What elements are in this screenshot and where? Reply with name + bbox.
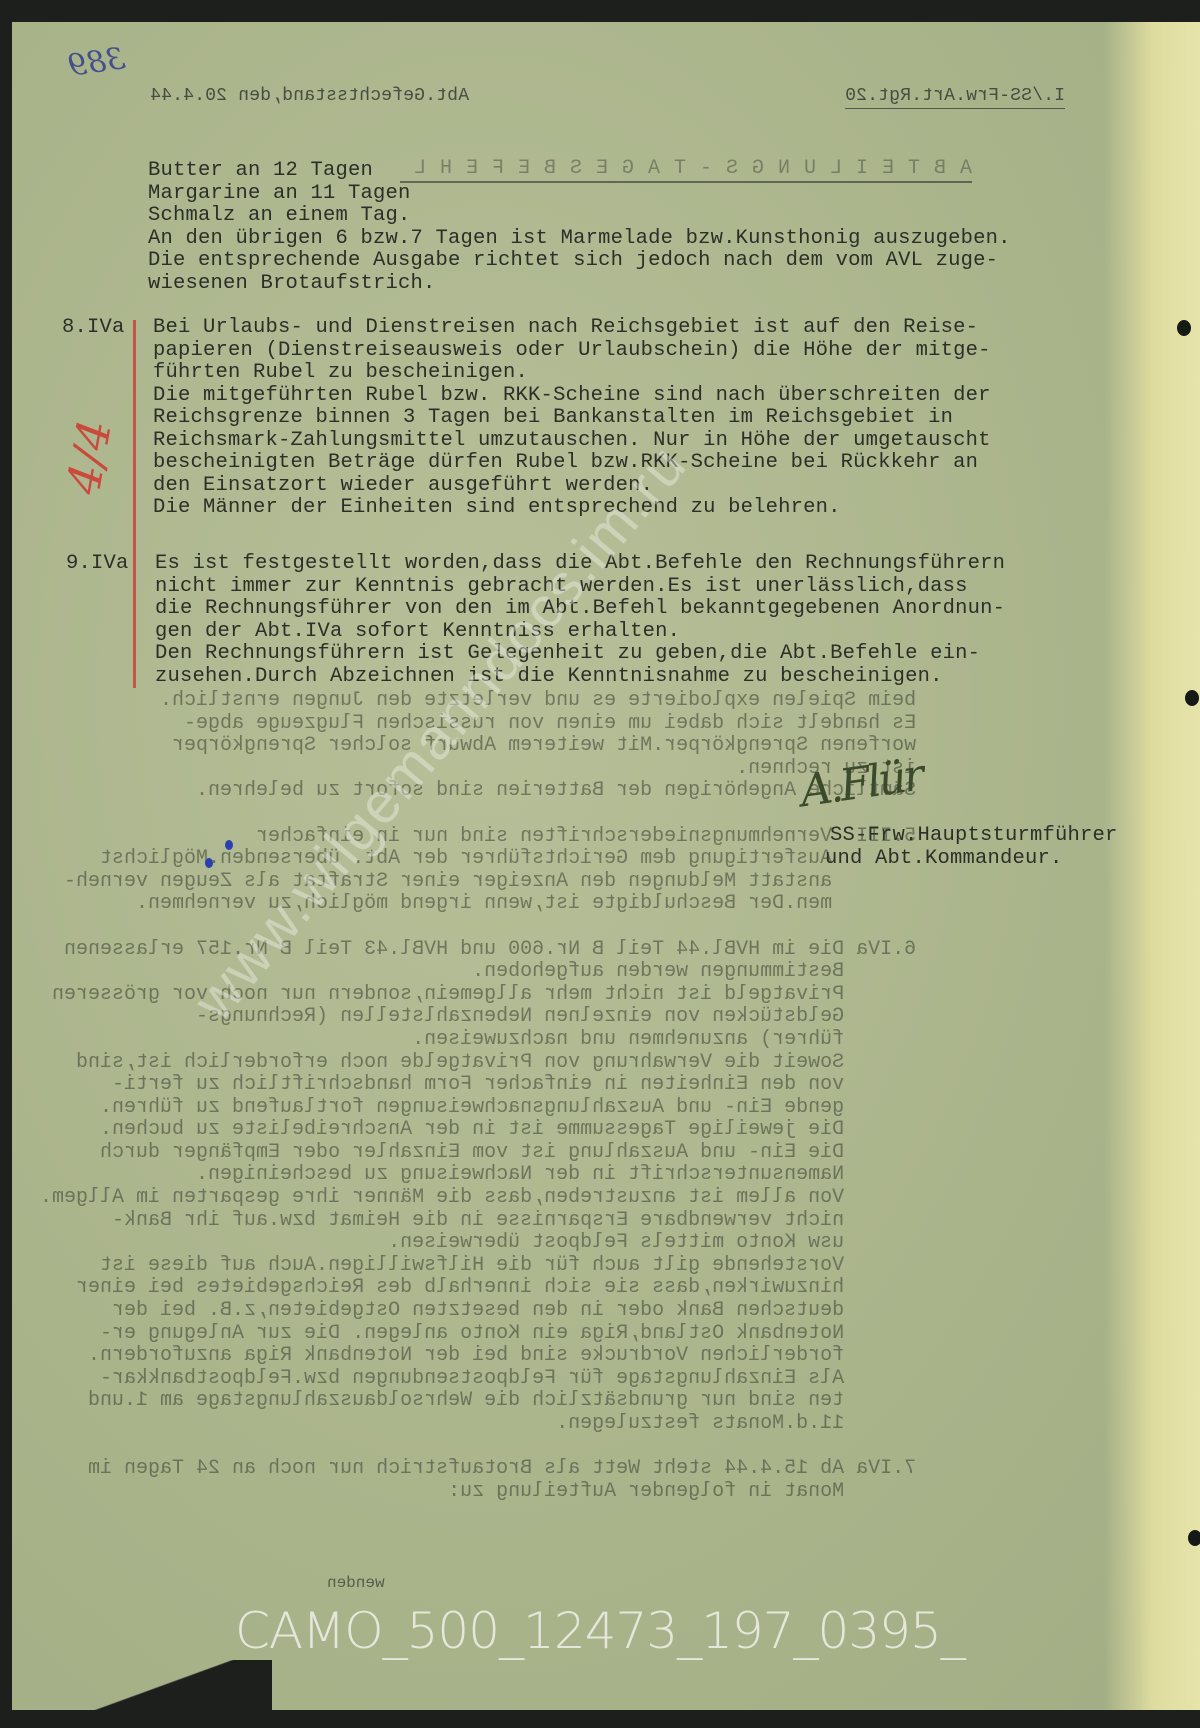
bleed-line: Geldstücken von einzelnen Nebenzahlstell… xyxy=(40,1006,916,1029)
bleed-line: Notenbank Ostland,Riga ein Konto anlegen… xyxy=(40,1323,916,1346)
bleed-line: Namensunterschrift in der Nachweisung zu… xyxy=(40,1164,916,1187)
bleed-line: von den Einheiten in einfacher Form hand… xyxy=(40,1074,916,1097)
text-line: An den übrigen 6 bzw.7 Tagen ist Marmela… xyxy=(148,228,1011,251)
bleed-line: Monat in folgender Aufteilung zu: xyxy=(40,1481,916,1504)
bleed-line: 6.IVa Die im HVBl.44 Teil B Nr.600 und H… xyxy=(40,939,916,962)
bleed-line: ist zu rechnen. xyxy=(40,758,916,781)
signature-role: und Abt.Kommandeur. xyxy=(825,848,1063,871)
bleed-line: 11.d.Monats festzulegen. xyxy=(40,1413,916,1436)
bleed-line: Privatgeld ist nicht mehr allgemein,sond… xyxy=(40,984,916,1007)
ink-blot xyxy=(1188,1530,1200,1546)
text-line: papieren (Dienstreiseausweis oder Urlaub… xyxy=(153,340,991,363)
bleed-line: Soweit die Verwahrung von Privatgelde no… xyxy=(40,1052,916,1075)
bleed-line xyxy=(40,916,916,939)
bleed-line: nicht verwendbare Ersparnisse in die Hei… xyxy=(40,1210,916,1233)
bleed-line: deutschen Bank oder in den besetzten Ost… xyxy=(40,1300,916,1323)
text-line: Die mitgeführten Rubel bzw. RKK-Scheine … xyxy=(153,385,991,408)
bleed-line: 7.IVa Ab 15.4.44 steht Wett als Brotaufs… xyxy=(40,1458,916,1481)
bleed-line: Vorstehende gilt auch für die Hilfswilli… xyxy=(40,1255,916,1278)
text-line: Bei Urlaubs- und Dienstreisen nach Reich… xyxy=(153,317,991,340)
bleed-through-text: beim Spielen explodierte es und verletzt… xyxy=(40,690,916,1503)
header-unit-bleed: I./SS-Frw.Art.Rgt.20 xyxy=(845,85,1065,109)
text-line: Die entsprechende Ausgabe richtet sich j… xyxy=(148,250,1011,273)
bleed-line: ten sind nur grundsätzlich die Wehrsolda… xyxy=(40,1390,916,1413)
text-line: zusehen.Durch Abzeichnen ist die Kenntni… xyxy=(155,666,1005,689)
bleed-line: anstatt Meldungen den Anzeiger einer Str… xyxy=(40,871,916,894)
text-line: führten Rubel zu bescheinigen. xyxy=(153,362,991,385)
text-line: Butter an 12 Tagen xyxy=(148,160,1011,183)
bleed-line: Als Einzahlungstage für Feldpostsendunge… xyxy=(40,1368,916,1391)
signature-rank: SS-Frw.Hauptsturmführer xyxy=(830,825,1118,848)
text-line: wiesenen Brotaufstrich. xyxy=(148,273,1011,296)
text-line: Margarine an 11 Tagen xyxy=(148,183,1011,206)
bleed-line: Sämtliche Angehörigen der Batterien sind… xyxy=(40,780,916,803)
text-line: gen der Abt.IVa sofort Kenntniss erhalte… xyxy=(155,621,1005,644)
wenden-bleed: wenden xyxy=(327,1574,385,1592)
item-9-label: 9.IVa xyxy=(66,553,129,576)
text-line: bescheinigten Beträge dürfen Rubel bzw.R… xyxy=(153,452,991,475)
text-line: Den Rechnungsführern ist Gelegenheit zu … xyxy=(155,643,1005,666)
bleed-line: Von allem ist anzustreben,dass die Männe… xyxy=(40,1187,916,1210)
red-margin-line xyxy=(133,320,136,688)
bleed-line: 5.III Vernehmungsniederschriften sind nu… xyxy=(40,826,916,849)
text-line: Reichsmark-Zahlungsmittel umzutauschen. … xyxy=(153,430,991,453)
archive-code: CAMO_500_12473_197_0395_ xyxy=(235,1602,965,1660)
ink-blot xyxy=(1185,690,1199,706)
bleed-line: men.Der Beschuldigte ist,wenn irgend mög… xyxy=(40,893,916,916)
bleed-line: Bestimmungen werden aufgehoben. xyxy=(40,961,916,984)
bleed-line: Die Ein- und Auszahlung ist vom Einzahle… xyxy=(40,1142,916,1165)
text-line: Reichsgrenze binnen 3 Tagen bei Bankanst… xyxy=(153,407,991,430)
bleed-line: Die jeweilige Tagessumme ist in der Ansc… xyxy=(40,1119,916,1142)
bleed-line xyxy=(40,1436,916,1459)
bleed-line: usw Konto mittels Feldpost überweisen. xyxy=(40,1232,916,1255)
header-location-date-bleed: Abt.Gefechtsstand,den 20.4.44 xyxy=(150,85,469,108)
bleed-line: führer) anzunehmen und nachzuweisen. xyxy=(40,1029,916,1052)
blue-ink-dot xyxy=(205,858,213,868)
text-line: den Einsatzort wieder ausgeführt werden. xyxy=(153,475,991,498)
item-8-text: Bei Urlaubs- und Dienstreisen nach Reich… xyxy=(153,317,991,520)
ink-blot xyxy=(1177,320,1191,336)
blue-ink-dot xyxy=(225,840,233,850)
bleed-line: hinzuwirken,dass sie sich innerhalb des … xyxy=(40,1277,916,1300)
body-text-food-rations: Butter an 12 TagenMargarine an 11 TagenS… xyxy=(148,160,1011,295)
bleed-line: gende Ein- und Auszahlungsnachweisungen … xyxy=(40,1097,916,1120)
bleed-line: forderlichen Vordrucke sind bei der Note… xyxy=(40,1345,916,1368)
bleed-line: Ausfertigung dem Gerichtsführer der Abt.… xyxy=(40,848,916,871)
text-line: Schmalz an einem Tag. xyxy=(148,205,1011,228)
text-line: Die Männer der Einheiten sind entspreche… xyxy=(153,497,991,520)
item-8-label: 8.IVa xyxy=(62,317,125,340)
bleed-line xyxy=(40,803,916,826)
